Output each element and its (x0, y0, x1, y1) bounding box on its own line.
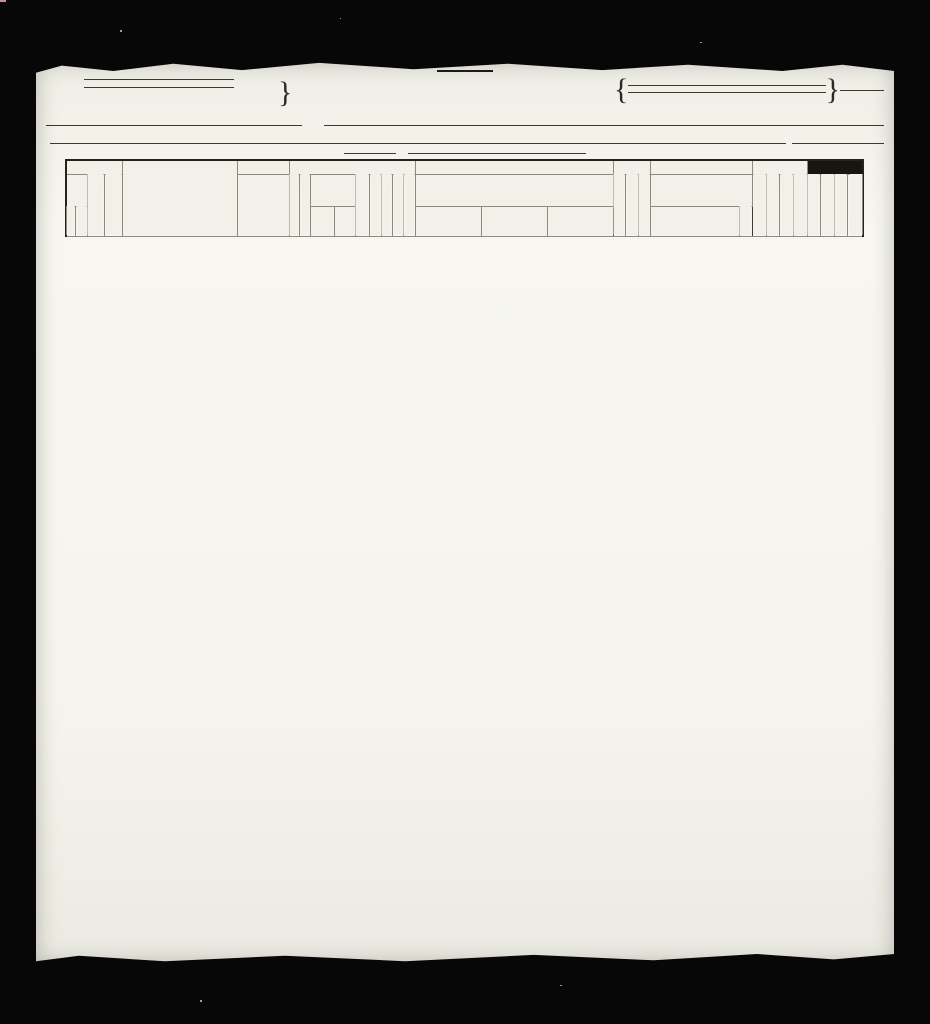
immigration-year-header (613, 174, 625, 236)
sheet-value (840, 90, 884, 91)
marital-header (370, 174, 381, 236)
city-row (46, 131, 884, 144)
naturalization-header (638, 174, 650, 236)
enumerated-row (46, 153, 884, 154)
name-column-header (122, 160, 238, 236)
nativity-note (415, 174, 613, 206)
occupation-column-header (651, 206, 740, 236)
can-read-header (766, 174, 779, 236)
month-header (310, 206, 335, 236)
date-of-birth-header (310, 174, 355, 206)
ward-value (792, 131, 884, 144)
sex-header (300, 174, 310, 236)
township-value (46, 113, 302, 126)
location-group-header (66, 160, 122, 174)
enumeration-value (628, 92, 825, 93)
district-block: { } (614, 75, 884, 105)
months-not-employed-header (739, 206, 752, 236)
attended-school-header (753, 174, 766, 236)
occupation-sub-header (651, 174, 753, 206)
row-number-column-right (863, 160, 879, 246)
citizenship-group-header (613, 160, 650, 174)
in-cities-header (66, 174, 87, 206)
county-value (84, 87, 234, 88)
township-row (46, 113, 884, 126)
state-value (84, 79, 234, 80)
street-header (66, 206, 75, 236)
pob-person-header (415, 206, 481, 236)
year-header (335, 206, 356, 236)
census-table-header (51, 160, 879, 246)
column-number-row (51, 236, 879, 246)
enumerator-signature (408, 153, 586, 154)
age-header (355, 174, 369, 236)
farm-schedule-header (848, 174, 863, 236)
unregistered-watermark (0, 0, 6, 2)
personal-description-group-header (289, 160, 415, 174)
house-number-header (76, 206, 87, 236)
form-header-row: } { } (46, 75, 884, 108)
mother-of-children-header (393, 174, 404, 236)
institution-value (324, 113, 884, 126)
district-brace-close: } (826, 75, 840, 105)
state-county-block (46, 75, 278, 95)
sheet-number-block (840, 90, 884, 91)
row-number-column-left (51, 160, 66, 246)
enumerated-day (344, 153, 396, 154)
years-married-header (381, 174, 392, 236)
can-write-header (780, 174, 793, 236)
children-living-header (404, 174, 415, 236)
farm-or-house-header (834, 174, 847, 236)
supervisor-value (628, 85, 825, 86)
census-table (51, 159, 879, 246)
city-value (50, 131, 786, 144)
district-brace-open: { (614, 75, 628, 105)
pob-mother-header (547, 206, 613, 236)
census-sheet: } { } (36, 62, 894, 963)
relation-group-header (238, 160, 290, 174)
owned-free-header (821, 174, 834, 236)
title-rule (437, 70, 493, 72)
pob-father-header (481, 206, 547, 236)
schedule-block (292, 75, 614, 81)
owned-or-rented-header (807, 174, 820, 236)
family-number-header (105, 174, 123, 236)
dwelling-number-header (87, 174, 105, 236)
state-brace: } (278, 78, 292, 108)
occupation-group-header (651, 160, 753, 174)
relation-desc-header (238, 174, 290, 236)
years-in-us-header (626, 174, 638, 236)
nativity-group-header (415, 160, 613, 174)
can-speak-english-header (793, 174, 807, 236)
education-group-header (753, 160, 808, 174)
ownership-group-header (807, 160, 863, 174)
color-header (289, 174, 299, 236)
